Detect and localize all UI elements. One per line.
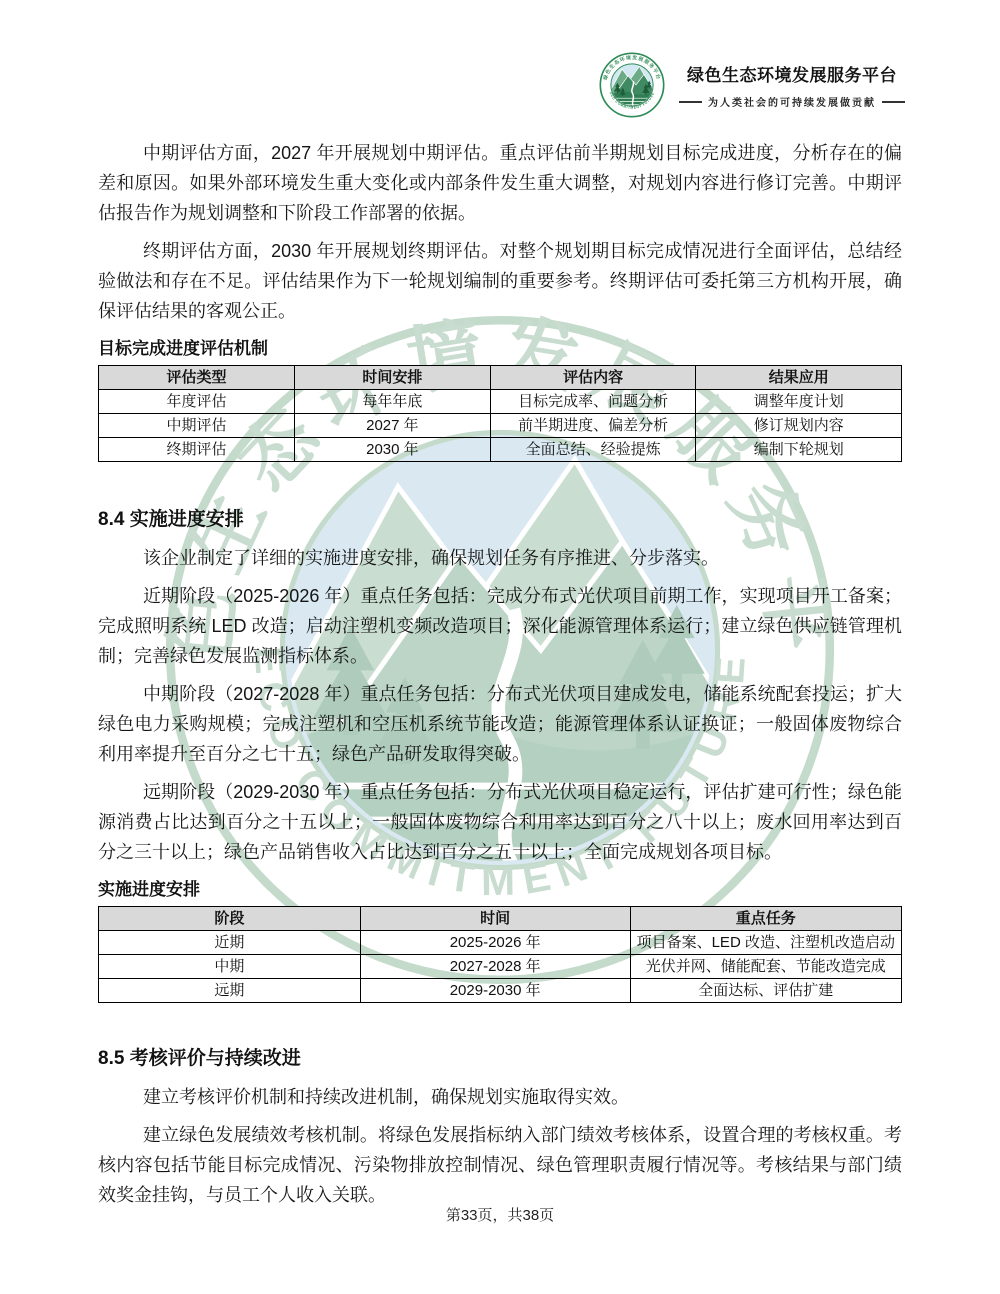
subtitle-dash-left <box>679 101 702 103</box>
column-header-content: 评估内容 <box>490 366 696 390</box>
table-cell: 项目备案、LED 改造、注塑机改造启动 <box>630 931 901 955</box>
table-cell: 2030 年 <box>294 438 490 462</box>
table-cell: 修订规划内容 <box>696 414 902 438</box>
table-cell: 远期 <box>99 979 361 1003</box>
paragraph-assessment-intro: 建立考核评价机制和持续改进机制，确保规划实施取得实效。 <box>98 1082 902 1112</box>
page-footer: 第33页，共38页 <box>0 1204 1000 1225</box>
eco-platform-logo-icon: 绿色生态环境发展服务平台 ECO COMMITMENT FUTURE <box>599 52 665 118</box>
evaluation-mechanism-table: 评估类型 时间安排 评估内容 结果应用 年度评估 每年年底 目标完成率、问题分析… <box>98 365 902 462</box>
table-row-long-term: 远期 2029-2030 年 全面达标、评估扩建 <box>99 979 902 1003</box>
eval-mechanism-table-title: 目标完成进度评估机制 <box>98 334 902 359</box>
table-row-final: 终期评估 2030 年 全面总结、经验提炼 编制下轮规划 <box>99 438 902 462</box>
paragraph-schedule-intro: 该企业制定了详细的实施进度安排，确保规划任务有序推进、分步落实。 <box>98 543 902 573</box>
table-cell: 调整年度计划 <box>696 390 902 414</box>
column-header-time: 时间 <box>360 907 630 931</box>
platform-subtitle: 为人类社会的可持续发展做贡献 <box>708 94 876 109</box>
platform-title: 绿色生态环境发展服务平台 <box>687 61 897 86</box>
paragraph-final-evaluation: 终期评估方面，2030 年开展规划终期评估。对整个规划期目标完成情况进行全面评估… <box>98 236 902 326</box>
paragraph-midterm-evaluation: 中期评估方面，2027 年开展规划中期评估。重点评估前半期规划目标完成进度，分析… <box>98 138 902 228</box>
table-cell: 年度评估 <box>99 390 295 414</box>
column-header-timing: 时间安排 <box>294 366 490 390</box>
table-cell: 中期评估 <box>99 414 295 438</box>
document-body: 中期评估方面，2027 年开展规划中期评估。重点评估前半期规划目标完成进度，分析… <box>98 138 902 1218</box>
paragraph-near-term-stage: 近期阶段（2025-2026 年）重点任务包括：完成分布式光伏项目前期工作，实现… <box>98 581 902 671</box>
table-row-annual: 年度评估 每年年底 目标完成率、问题分析 调整年度计划 <box>99 390 902 414</box>
column-header-stage: 阶段 <box>99 907 361 931</box>
table-cell: 终期评估 <box>99 438 295 462</box>
table-cell: 光伏并网、储能配套、节能改造完成 <box>630 955 901 979</box>
paragraph-assessment-mechanism: 建立绿色发展绩效考核机制。将绿色发展指标纳入部门绩效考核体系，设置合理的考核权重… <box>98 1120 902 1210</box>
table-cell: 全面达标、评估扩建 <box>630 979 901 1003</box>
table-cell: 目标完成率、问题分析 <box>490 390 696 414</box>
table-row-near-term: 近期 2025-2026 年 项目备案、LED 改造、注塑机改造启动 <box>99 931 902 955</box>
header-text-block: 绿色生态环境发展服务平台 为人类社会的可持续发展做贡献 <box>679 61 905 109</box>
implementation-schedule-table: 阶段 时间 重点任务 近期 2025-2026 年 项目备案、LED 改造、注塑… <box>98 906 902 1003</box>
paragraph-long-term-stage: 远期阶段（2029-2030 年）重点任务包括：分布式光伏项目稳定运行，评估扩建… <box>98 777 902 867</box>
paragraph-mid-term-stage: 中期阶段（2027-2028 年）重点任务包括：分布式光伏项目建成发电，储能系统… <box>98 679 902 769</box>
column-header-result-use: 结果应用 <box>696 366 902 390</box>
table-cell: 每年年底 <box>294 390 490 414</box>
document-header: 绿色生态环境发展服务平台 ECO COMMITMENT FUTURE 绿色生态环… <box>599 52 905 118</box>
table-cell: 前半期进度、偏差分析 <box>490 414 696 438</box>
table-header-row: 阶段 时间 重点任务 <box>99 907 902 931</box>
subtitle-dash-right <box>882 101 905 103</box>
table-cell: 近期 <box>99 931 361 955</box>
table-row-midterm: 中期评估 2027 年 前半期进度、偏差分析 修订规划内容 <box>99 414 902 438</box>
section-8-4-heading: 8.4 实施进度安排 <box>98 504 902 531</box>
document-page: 绿色生态环境发展服务平台 ECO COMMITMENT FUTURE <box>0 0 1000 1294</box>
table-cell: 2025-2026 年 <box>360 931 630 955</box>
section-8-5-heading: 8.5 考核评价与持续改进 <box>98 1043 902 1070</box>
table-cell: 中期 <box>99 955 361 979</box>
table-header-row: 评估类型 时间安排 评估内容 结果应用 <box>99 366 902 390</box>
schedule-table-title: 实施进度安排 <box>98 875 902 900</box>
table-cell: 2027-2028 年 <box>360 955 630 979</box>
column-header-eval-type: 评估类型 <box>99 366 295 390</box>
column-header-key-tasks: 重点任务 <box>630 907 901 931</box>
table-cell: 编制下轮规划 <box>696 438 902 462</box>
platform-subtitle-row: 为人类社会的可持续发展做贡献 <box>679 94 905 109</box>
table-cell: 全面总结、经验提炼 <box>490 438 696 462</box>
table-row-mid-term: 中期 2027-2028 年 光伏并网、储能配套、节能改造完成 <box>99 955 902 979</box>
page-number: 第33页，共38页 <box>446 1207 554 1224</box>
table-cell: 2029-2030 年 <box>360 979 630 1003</box>
table-cell: 2027 年 <box>294 414 490 438</box>
